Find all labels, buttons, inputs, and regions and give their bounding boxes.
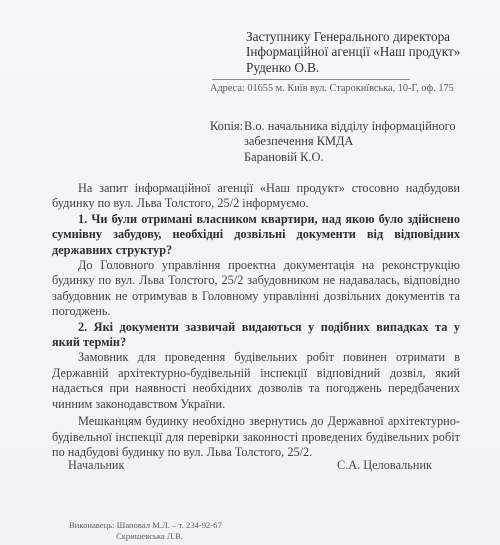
intro-paragraph: На запит інформаційної агенції «Наш прод… <box>52 181 460 212</box>
addressee-address: Адреса: 01655 м. Київ вул. Старокиївська… <box>210 83 454 94</box>
addressee-organization: Інформаційної агенції «Наш продукт» <box>246 44 460 59</box>
question-2: 2. Які документи зазвичай видаються у по… <box>52 320 460 351</box>
answer-3: Мешканцям будинку необхідно звернутись д… <box>52 414 460 460</box>
addressee-block: Заступнику Генерального директора Інформ… <box>246 29 460 75</box>
copy-recipient-position: В.о. начальника відділу інформаційного <box>244 119 456 134</box>
signature-title: Начальник <box>68 458 124 473</box>
signature-name: С.А. Целовальник <box>337 458 432 473</box>
copy-recipient-department: забезпечення КМДА <box>210 134 456 149</box>
copy-label: Копія: <box>210 119 244 134</box>
executor-block: Виконавець: Шаповал М.Л. – т. 234-92-67 … <box>69 520 222 542</box>
letter-page: Заступнику Генерального директора Інформ… <box>0 0 500 545</box>
addressee-name: Руденко О.В. <box>246 60 460 75</box>
copy-recipient-block: Копія: В.о. начальника відділу інформаці… <box>210 119 456 165</box>
answer-2: Замовник для проведення будівельних робі… <box>52 350 460 412</box>
letter-body: На запит інформаційної агенції «Наш прод… <box>52 181 460 460</box>
copy-recipient-name: Барановій К.О. <box>210 150 456 165</box>
executor-line: Виконавець: Шаповал М.Л. – т. 234-92-67 <box>69 520 222 531</box>
executor-second-name: Скришевська Л.В. <box>69 531 222 542</box>
addressee-position: Заступнику Генерального директора <box>246 29 460 44</box>
answer-1: До Головного управління проектна докумен… <box>52 258 460 320</box>
address-divider <box>212 79 410 80</box>
question-1: 1. Чи були отримані власником квартири, … <box>52 212 460 258</box>
